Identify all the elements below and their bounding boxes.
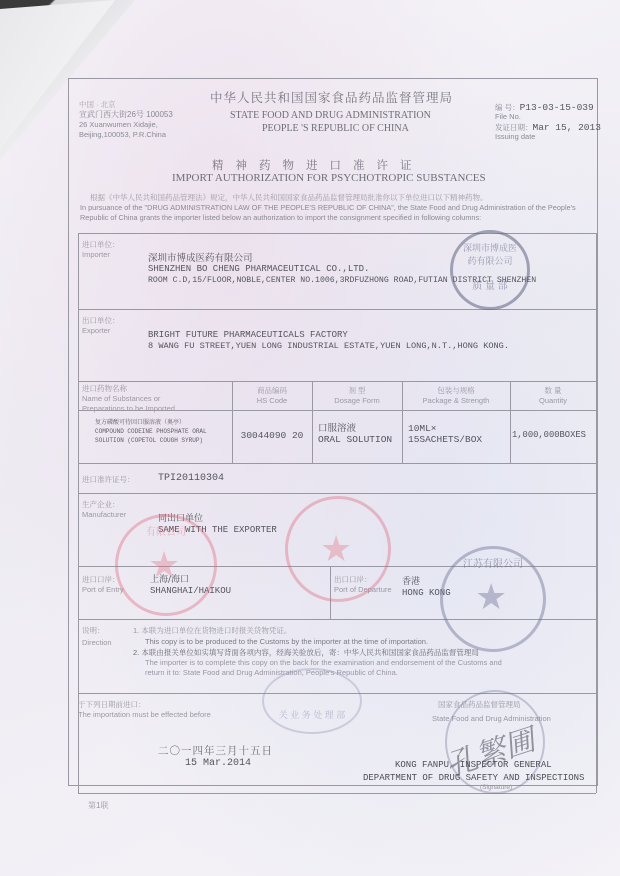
col-header-package: 包装与规格 Package & Strength xyxy=(402,386,510,406)
customs-seal: 关 业 务 处 理 部 xyxy=(262,668,362,734)
agency-name-zh: 中华人民共和国国家食品药品监督管理局 xyxy=(210,88,453,106)
divider xyxy=(78,309,596,310)
agency-country-en: PEOPLE 'S REPUBLIC OF CHINA xyxy=(262,123,409,134)
file-info: 编 号：P13-03-15-039 File No. 发证日期：Mar 15, … xyxy=(495,101,601,141)
divider xyxy=(78,493,596,494)
exporter-name: BRIGHT FUTURE PHARMACEUTICALS FACTORY xyxy=(148,330,509,341)
address-line: Beijing,100053, P.R.China xyxy=(79,130,173,140)
importer-label: 进口单位： Importer xyxy=(82,240,120,260)
document-title-en: IMPORT AUTHORIZATION FOR PSYCHOTROPIC SU… xyxy=(172,172,486,184)
star-icon: ★ xyxy=(148,547,180,583)
permit-no-label: 进口准许证号： xyxy=(82,475,135,485)
permit-number: TPI20110304 xyxy=(158,473,224,484)
pursuant-zh: 根据《中华人民共和国药品管理法》规定，中华人民共和国国家食品药品监督管理局批准你… xyxy=(80,193,595,203)
copy-number: 第1联 xyxy=(88,800,108,811)
agency-address: 中国 · 北京 宣武门西大街26号 100053 26 Xuanwumen Xi… xyxy=(79,100,173,140)
document-title-zh: 精神药物进口准许证 xyxy=(212,157,424,173)
divider xyxy=(78,793,596,794)
address-line: 中国 · 北京 xyxy=(79,100,173,110)
star-icon: ★ xyxy=(320,531,352,567)
address-line: 26 Xuanwumen Xidajie, xyxy=(79,120,173,130)
red-seal-left: ★ 有限公司 xyxy=(115,514,217,616)
sfda-seal xyxy=(445,690,545,794)
divider xyxy=(78,463,596,464)
importer-company-seal: 深圳市博成医药有限公司 质 量 部 xyxy=(450,230,530,310)
issuing-date-label-zh: 发证日期： xyxy=(495,123,533,132)
divider xyxy=(78,381,596,382)
exporter-address: 8 WANG FU STREET,YUEN LONG INDUSTRIAL ES… xyxy=(148,341,509,352)
exporter-label: 出口单位： Exporter xyxy=(82,316,120,336)
validity-label: 于下列日期前进口： The importation must be effect… xyxy=(78,700,211,720)
validity-date-zh: 二〇一四年三月十五日 xyxy=(158,743,273,758)
hs-code: 30044090 20 xyxy=(232,430,312,441)
red-seal-center: ★ xyxy=(285,496,391,602)
address-line: 宣武门西大街26号 100053 xyxy=(79,110,173,120)
col-header-hs-code: 商品编码 HS Code xyxy=(232,386,312,406)
pursuant-en: In pursuance of the "DRUG ADMINISTRATION… xyxy=(80,203,595,223)
frame-right xyxy=(596,233,597,793)
manufacturer-label: 生产企业： Manufacturer xyxy=(82,500,126,520)
col-header-name: 进口药物名称 Name of Substances or Preparation… xyxy=(82,384,232,414)
agency-name-en: STATE FOOD AND DRUG ADMINISTRATION xyxy=(230,110,431,121)
dosage-form: 口服溶液 ORAL SOLUTION xyxy=(318,423,392,445)
quantity: 1,000,000BOXES xyxy=(512,430,586,440)
file-number: P13-03-15-039 xyxy=(520,102,594,113)
col-header-dosage: 剂 型 Dosage Form xyxy=(312,386,402,406)
pursuant-statement: 根据《中华人民共和国药品管理法》规定，中华人民共和国国家食品药品监督管理局批准你… xyxy=(80,193,595,223)
exporter-details: BRIGHT FUTURE PHARMACEUTICALS FACTORY 8 … xyxy=(148,330,509,352)
substance-name: 复方磷酸可待因口服溶液（奥亭） COMPOUND CODEINE PHOSPHA… xyxy=(95,418,230,445)
divider xyxy=(78,233,596,234)
file-no-label-zh: 编 号： xyxy=(495,103,520,112)
exporter-company-seal: ★ 江苏有限公司 xyxy=(440,546,546,652)
package-strength: 10ML× 15SACHETS/BOX xyxy=(408,423,482,445)
issuing-date: Mar 15, 2013 xyxy=(533,122,601,133)
direction-label: 说明： Direction xyxy=(82,626,112,648)
validity-date-en: 15 Mar.2014 xyxy=(185,758,251,769)
issuing-date-label-en: Issuing date xyxy=(495,132,601,141)
star-icon: ★ xyxy=(475,579,507,615)
file-no-label-en: File No. xyxy=(495,112,601,121)
col-header-quantity: 数 量 Quantity xyxy=(510,386,596,406)
